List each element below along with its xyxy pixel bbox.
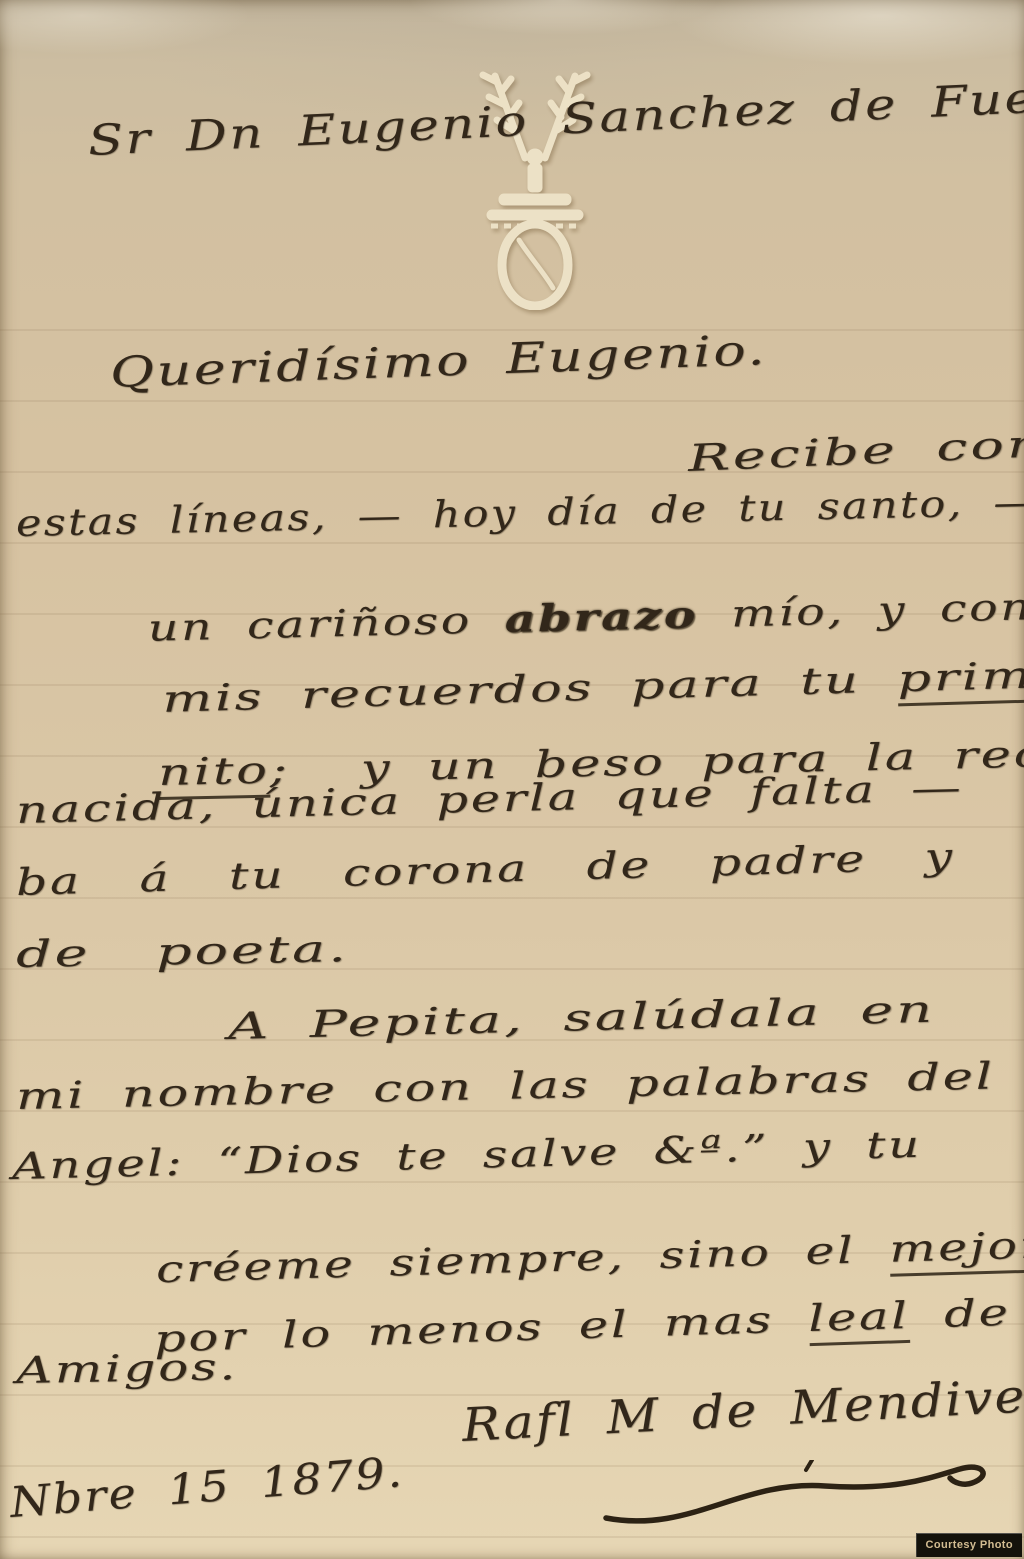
letter-line: Angel: “Dios te salve &ª.” y tu (12, 1126, 923, 1185)
signature-flourish-icon (600, 1460, 1010, 1535)
underlined-word: primogé (897, 651, 1024, 707)
date-line: Nbre 15 1879. (8, 1451, 405, 1524)
line-segment: de tus (909, 1287, 1024, 1337)
letter-photo: Sr Dn Eugenio Sanchez de Fuentes Queridí… (0, 0, 1024, 1559)
salutation-line: Queridísimo Eugenio. (109, 329, 767, 394)
signature: Rafl M de Mendive (461, 1372, 1024, 1448)
letter-line: A Pepita, salúdala en (228, 991, 936, 1045)
letter-line: mi nombre con las palabras del (16, 1058, 995, 1115)
letter-line: Recibe con (687, 425, 1024, 477)
letter-line: Amigos. (16, 1348, 238, 1389)
courtesy-photo-badge: Courtesy Photo (916, 1533, 1023, 1557)
letter-line: ba á tu corona de padre y (15, 838, 955, 901)
letter-line: estas líneas, — hoy día de tu santo, — (16, 484, 1024, 542)
line-segment: por lo menos el mas (153, 1297, 809, 1361)
underlined-word: leal (808, 1294, 911, 1346)
letter-line: de poeta. (16, 930, 349, 973)
